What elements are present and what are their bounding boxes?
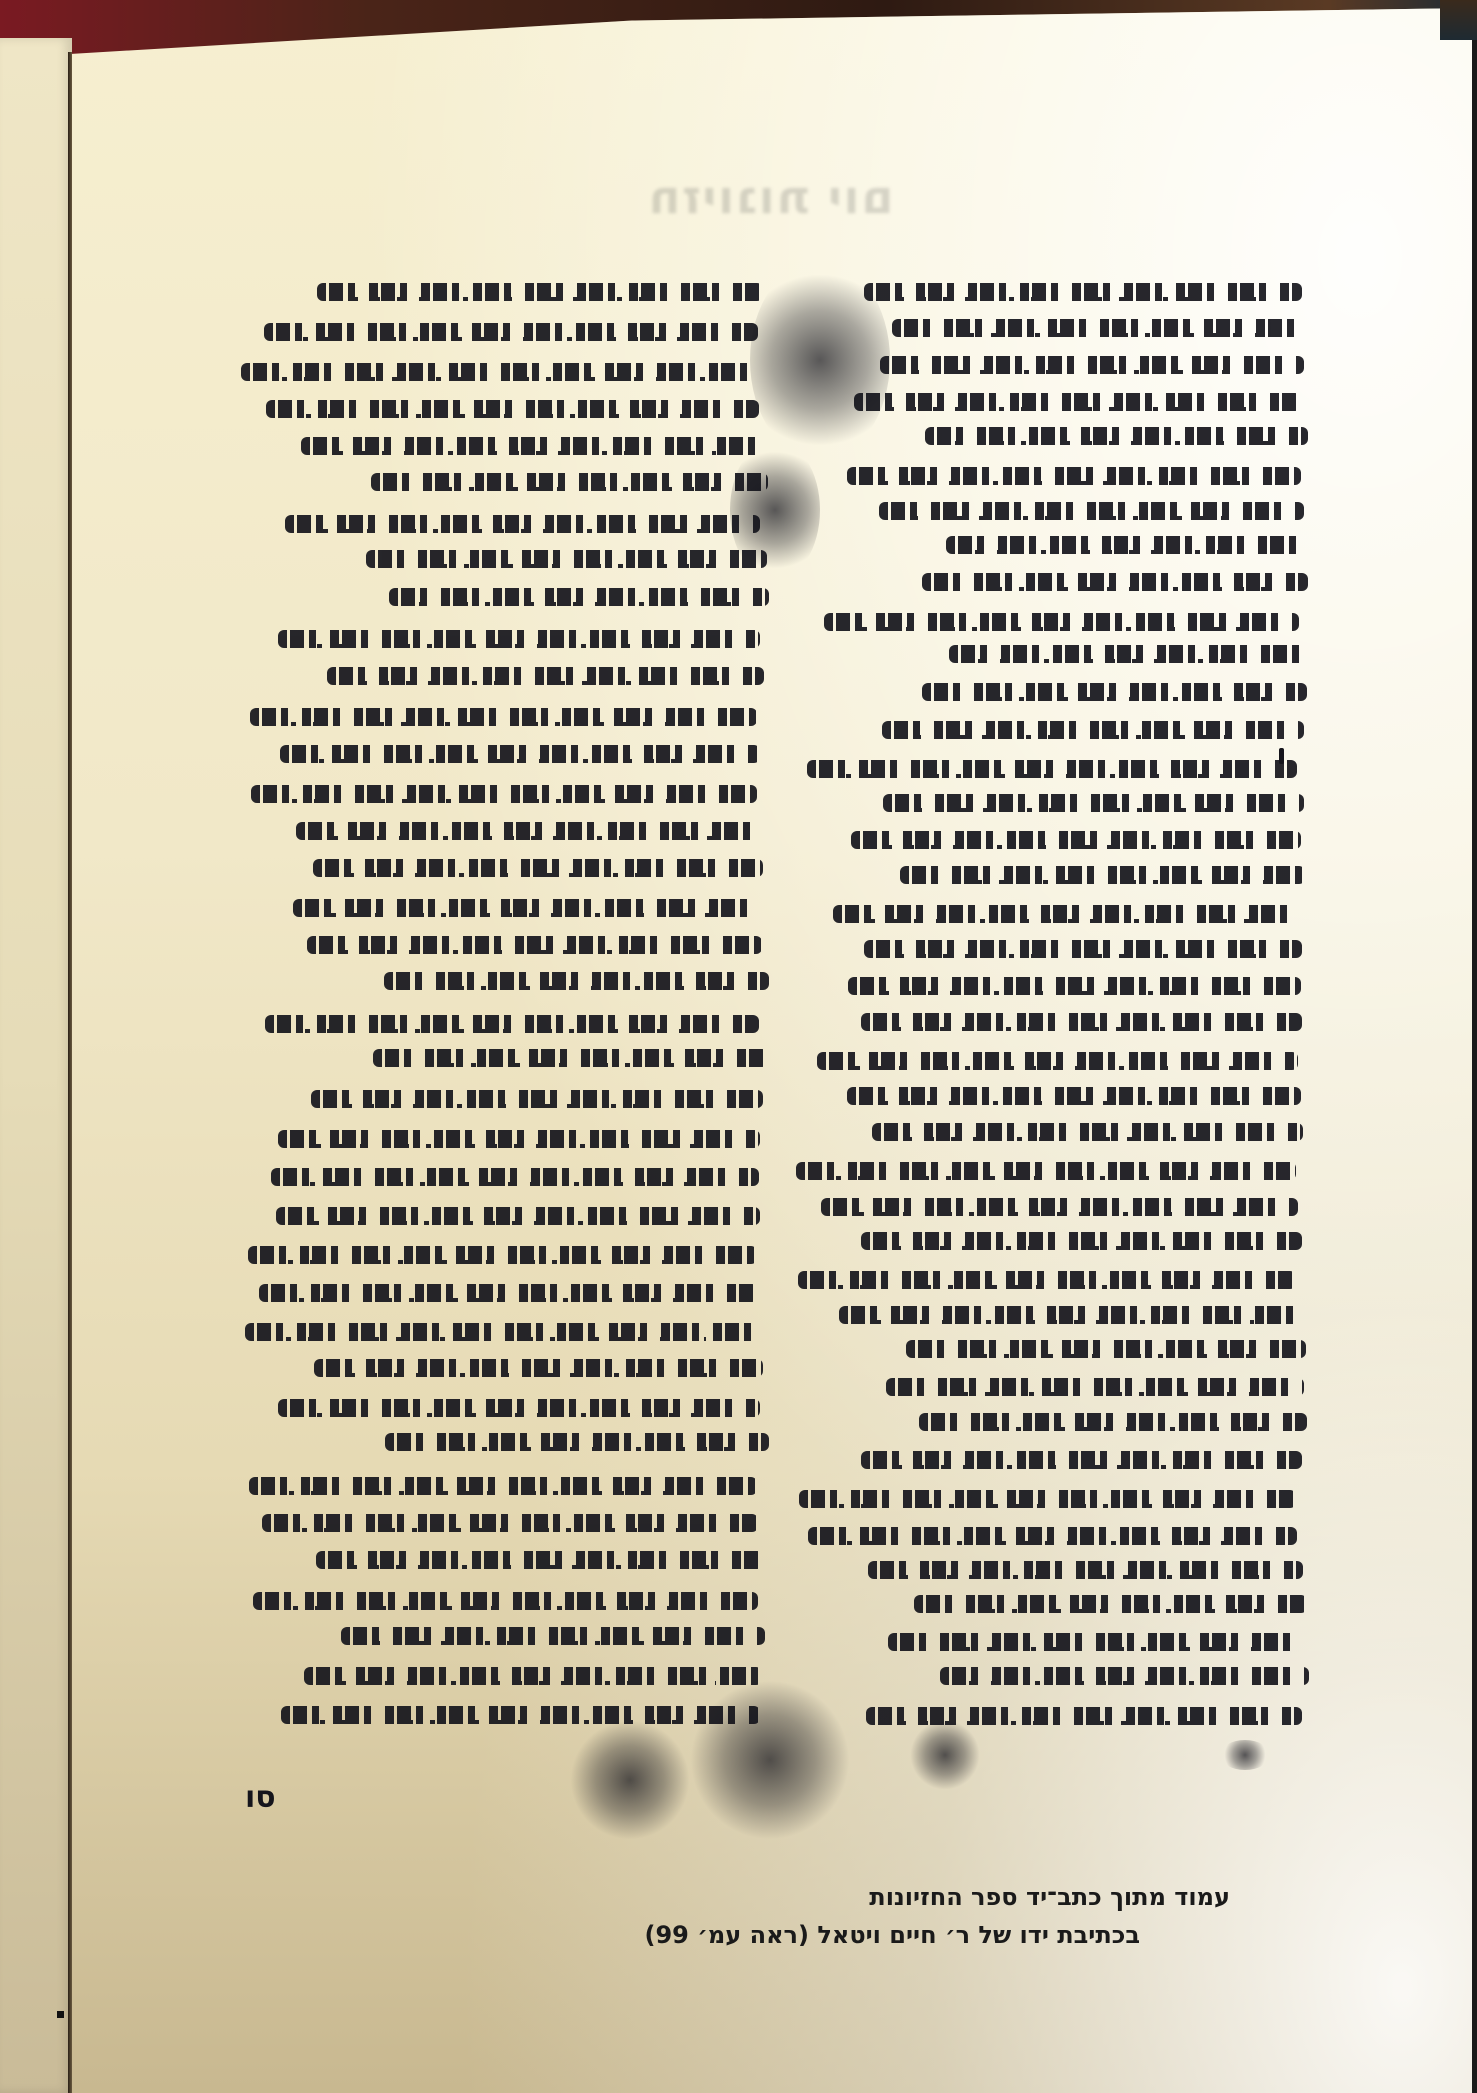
manuscript-line [313,859,762,877]
manuscript-line [879,502,1303,520]
manuscript-line [900,866,1305,884]
manuscript-line [301,437,762,455]
manuscript-line [281,1706,760,1724]
manuscript-line [854,393,1302,411]
manuscript-line [914,1595,1306,1613]
ghost-header-bleedthrough: חזיונות יום [600,170,940,224]
manuscript-line [868,1561,1302,1579]
manuscript-line [861,1013,1302,1031]
manuscript-line [307,936,762,954]
manuscript-line [847,1087,1301,1105]
manuscript-line [949,645,1310,663]
manuscript-line [262,1514,758,1532]
manuscript-line [249,1477,758,1495]
manuscript-line [314,1359,763,1377]
ink-smudge [730,440,820,580]
manuscript-line [251,785,757,803]
manuscript-line [245,1323,757,1341]
manuscript-line [872,1123,1303,1141]
book-gutter [68,52,72,2093]
manuscript-line [278,630,759,648]
manuscript-line [366,550,767,568]
manuscript-line [796,1162,1296,1180]
manuscript-line [248,1246,758,1264]
manuscript-line [925,427,1308,445]
manuscript-line [316,1551,763,1569]
manuscript-line [266,400,758,418]
ink-smudge [750,260,890,460]
manuscript-line [384,972,769,990]
manuscript-line [919,1413,1307,1431]
caption-line-2: בכתיבת ידו של ר׳ חיים ויטאל (ראה עמ׳ 99) [200,1916,1230,1954]
manuscript-line [371,473,768,491]
manuscript-line [864,283,1302,301]
manuscript-line [278,1130,760,1148]
manuscript-line [861,1451,1302,1469]
manuscript-line [259,1284,758,1302]
manuscript-line [264,323,759,341]
margin-marker [1279,748,1284,764]
manuscript-line [839,1306,1300,1324]
manuscript-line [817,1052,1298,1070]
manuscript-line [848,977,1301,995]
manuscript-line [278,1399,760,1417]
manuscript-line [241,363,757,381]
manuscript-line [265,1015,758,1033]
manuscript-line [327,667,764,685]
manuscript-line [250,708,757,726]
manuscript-line [892,319,1304,337]
manuscript-line [798,1271,1296,1289]
manuscript-line [886,1378,1305,1396]
manuscript-line [253,1592,757,1610]
manuscript-line [864,940,1302,958]
manuscript-line [880,356,1303,374]
manuscript-line [276,1207,760,1225]
manuscript-line [882,721,1304,739]
manuscript-line [799,1490,1296,1508]
manuscript-line [317,283,763,301]
manuscript-line [373,1049,768,1067]
manuscript-line [861,1232,1302,1250]
manuscript-line [946,536,1310,554]
manuscript-line [922,573,1307,591]
manuscript-line [821,1198,1298,1216]
manuscript-line [906,1340,1306,1358]
manuscript-facsimile [230,280,1310,1820]
manuscript-line [285,515,760,533]
manuscript-line [280,745,760,763]
figure-caption: עמוד מתוך כתב־יד ספר החזיונות בכתיבת ידו… [200,1878,1230,1954]
manuscript-line [807,760,1297,778]
left-page-edge [0,38,72,2093]
page-mark [57,2011,64,2018]
manuscript-line [847,467,1301,485]
caption-line-1: עמוד מתוך כתב־יד ספר החזיונות [200,1878,1230,1916]
manuscript-line [304,1667,762,1685]
manuscript-line [833,905,1299,923]
manuscript-line [341,1627,765,1645]
manuscript-line [940,1667,1309,1685]
manuscript-line [271,1168,759,1186]
manuscript-line [808,1527,1297,1545]
manuscript-line [296,822,761,840]
corner-shadow [1440,0,1477,40]
manuscript-line [824,613,1299,631]
manuscript-line [389,588,770,606]
manuscript-line [922,683,1308,701]
manuscript-line [311,1090,763,1108]
ink-smudge [1220,1740,1270,1770]
ink-smudge [690,1680,850,1840]
manuscript-line [293,899,761,917]
manuscript-line [385,1433,769,1451]
folio-mark: סו [245,1780,276,1815]
manuscript-line [851,831,1301,849]
ink-smudge [910,1720,980,1790]
manuscript-line [883,794,1304,812]
ink-smudge [570,1720,690,1840]
right-page-edge [1472,40,1477,2093]
manuscript-line [888,1633,1304,1651]
